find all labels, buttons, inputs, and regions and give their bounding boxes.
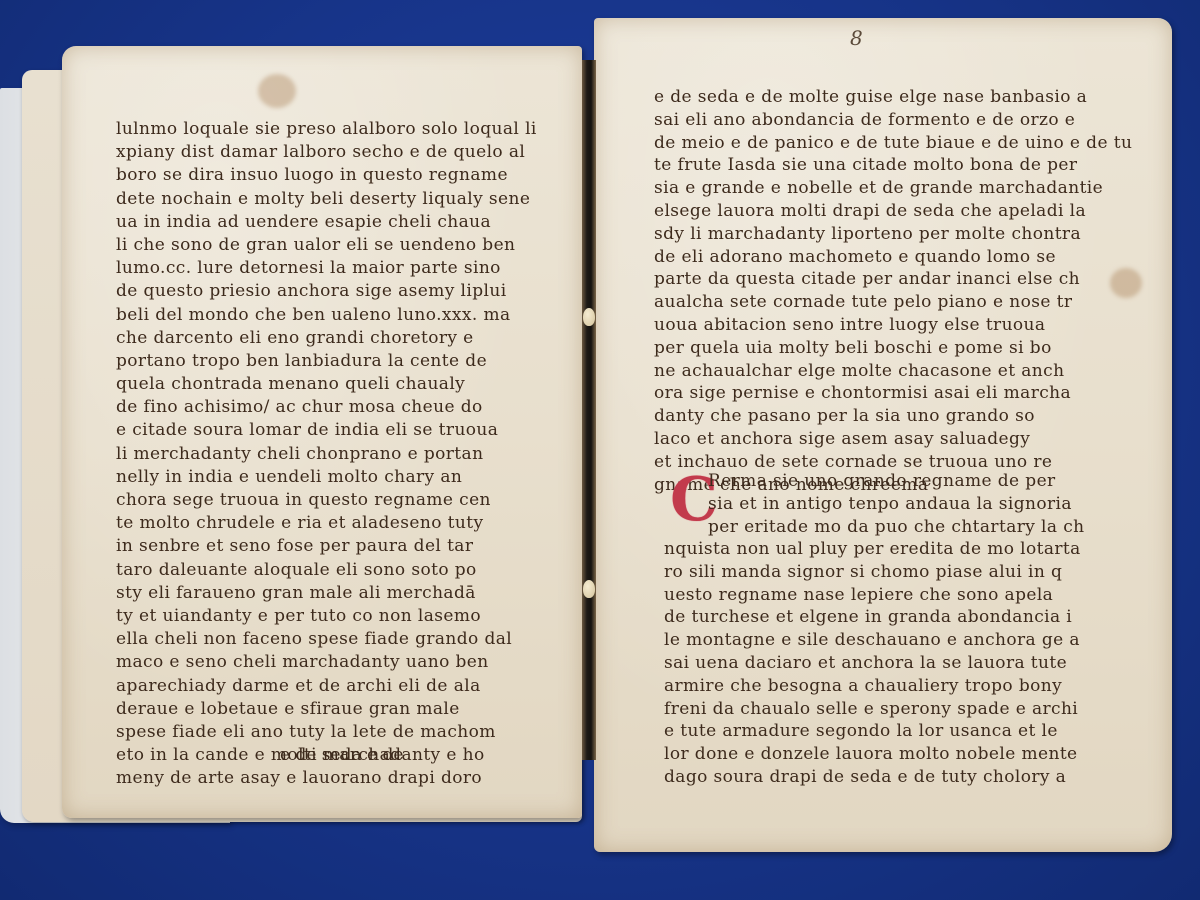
text-line: aualcha sete cornade tute pelo piano e n…: [654, 291, 1132, 314]
text-line: deraue e lobetaue e sfiraue gran male: [116, 698, 537, 721]
text-line: freni da chaualo selle e sperony spade e…: [664, 698, 1081, 721]
text-line: elsege lauora molti drapi de seda che ap…: [654, 200, 1132, 223]
text-line: lumo.cc. lure detornesi la maior parte s…: [116, 257, 537, 280]
text-line: e tute armadure segondo la lor usanca et…: [664, 720, 1081, 743]
text-line: che darcento eli eno grandi choretory e: [116, 327, 537, 350]
text-line: sia et in antigo tenpo andaua la signori…: [708, 493, 1085, 516]
text-line: sty eli faraueno gran male ali merchadā: [116, 582, 537, 605]
text-line: beli del mondo che ben ualeno luno.xxx. …: [116, 304, 537, 327]
text-line: ua in india ad uendere esapie cheli chau…: [116, 211, 537, 234]
text-line: aparechiady darme et de archi eli de ala: [116, 675, 537, 698]
text-line: danty che pasano per la sia uno grando s…: [654, 405, 1132, 428]
text-line: uesto regname nase lepiere che sono apel…: [664, 584, 1081, 607]
text-line: parte da questa citade per andar inanci …: [654, 268, 1132, 291]
binding-gutter: [582, 60, 596, 760]
text-line: uoua abitacion seno intre luogy else tru…: [654, 314, 1132, 337]
text-line: sai eli ano abondancia de formento e de …: [654, 109, 1132, 132]
text-line: le montagne e sile deschauano e anchora …: [664, 629, 1081, 652]
folio-number: 8: [850, 26, 863, 50]
text-line: dete nochain e molty beli deserty liqual…: [116, 188, 537, 211]
section-opening-lines: Rerma sie uno grando regname de per sia …: [708, 470, 1085, 538]
text-line: de eli adorano machometo e quando lomo s…: [654, 246, 1132, 269]
text-line: li che sono de gran ualor eli se uendeno…: [116, 234, 537, 257]
text-line: lulnmo loquale sie preso alalboro solo l…: [116, 118, 537, 141]
text-line: armire che besogna a chaualiery tropo bo…: [664, 675, 1081, 698]
text-line: nquista non ual pluy per eredita de mo l…: [664, 538, 1081, 561]
text-line: de turchese et elgene in granda abondanc…: [664, 606, 1081, 629]
text-line: e de seda e de molte guise elge nase ban…: [654, 86, 1132, 109]
text-line: dago soura drapi de seda e de tuty cholo…: [664, 766, 1081, 789]
text-line: e citade soura lomar de india eli se tru…: [116, 419, 537, 442]
text-line: ne achaualchar elge molte chacasone et a…: [654, 360, 1132, 383]
text-line: per eritade mo da puo che chtartary la c…: [708, 516, 1085, 539]
text-line: ro sili manda signor si chomo piase alui…: [664, 561, 1081, 584]
text-line: de questo priesio anchora sige asemy lip…: [116, 280, 537, 303]
right-page-text: e de seda e de molte guise elge nase ban…: [654, 86, 1132, 496]
text-line: ella cheli non faceno spese fiade grando…: [116, 628, 537, 651]
text-line: quela chontrada menano queli chaualy: [116, 373, 537, 396]
text-line: taro daleuante aloquale eli sono soto po: [116, 559, 537, 582]
manuscript-photo: lulnmo loquale sie preso alalboro solo l…: [0, 0, 1200, 900]
left-page-text: lulnmo loquale sie preso alalboro solo l…: [116, 118, 537, 790]
text-line: ty et uiandanty e per tuto co non lasemo: [116, 605, 537, 628]
text-line: boro se dira insuo luogo in questo regna…: [116, 164, 537, 187]
text-line: Rerma sie uno grando regname de per: [708, 470, 1085, 493]
stain-mark: [258, 74, 296, 108]
text-line: per quela uia molty beli boschi e pome s…: [654, 337, 1132, 360]
section-body-text: nquista non ual pluy per eredita de mo l…: [664, 538, 1081, 789]
text-line: ora sige pernise e chontormisi asai eli …: [654, 382, 1132, 405]
binding-knot: [583, 308, 595, 326]
text-line: nelly in india e uendeli molto chary an: [116, 466, 537, 489]
text-line: in senbre et seno fose per paura del tar: [116, 535, 537, 558]
text-line: te frute Iasda sie una citade molto bona…: [654, 154, 1132, 177]
catchword: e de seda e de: [280, 745, 403, 765]
text-line: chora sege truoua in questo regname cen: [116, 489, 537, 512]
text-line: sia e grande e nobelle et de grande marc…: [654, 177, 1132, 200]
text-line: portano tropo ben lanbiadura la cente de: [116, 350, 537, 373]
text-line: maco e seno cheli marchadanty uano ben: [116, 651, 537, 674]
text-line: meny de arte asay e lauorano drapi doro: [116, 767, 537, 790]
text-line: laco et anchora sige asem asay saluadegy: [654, 428, 1132, 451]
text-line: sdy li marchadanty liporteno per molte c…: [654, 223, 1132, 246]
binding-knot: [583, 580, 595, 598]
text-line: de fino achisimo/ ac chur mosa cheue do: [116, 396, 537, 419]
text-line: li merchadanty cheli chonprano e portan: [116, 443, 537, 466]
text-line: te molto chrudele e ria et aladeseno tut…: [116, 512, 537, 535]
text-line: de meio e de panico e de tute biaue e de…: [654, 132, 1132, 155]
text-line: spese fiade eli ano tuty la lete de mach…: [116, 721, 537, 744]
text-line: lor done e donzele lauora molto nobele m…: [664, 743, 1081, 766]
text-line: xpiany dist damar lalboro secho e de que…: [116, 141, 537, 164]
text-line: sai uena daciaro et anchora la se lauora…: [664, 652, 1081, 675]
